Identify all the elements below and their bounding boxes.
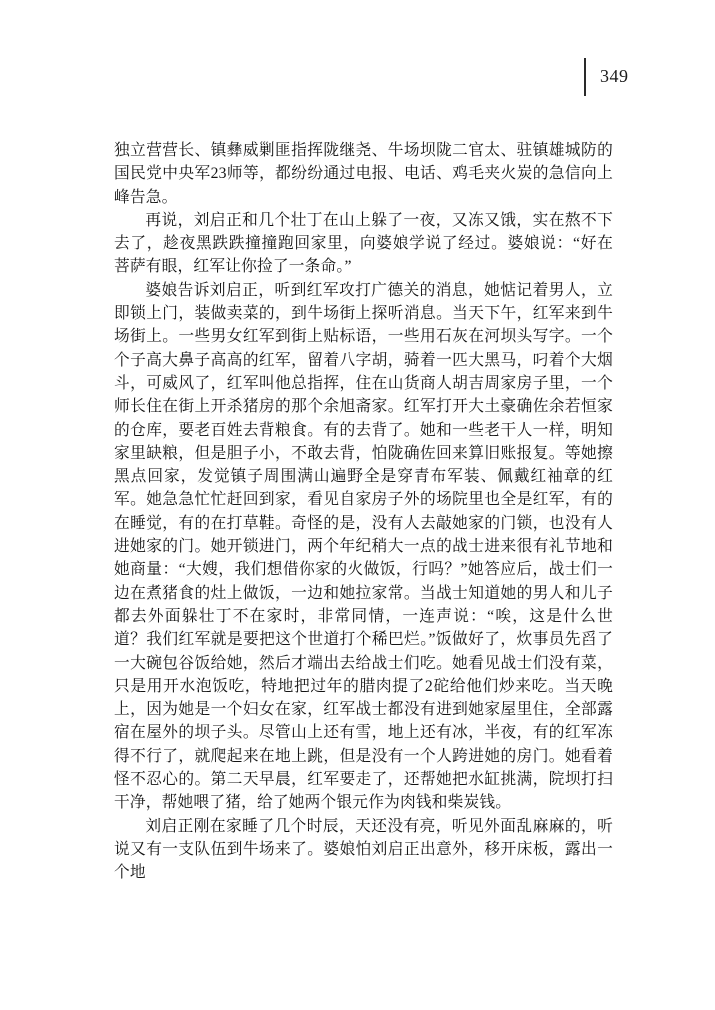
book-page: 349 独立营营长、镇彝威剿匪指挥陇继尧、牛场坝陇二官太、驻镇雄城防的国民党中央… (0, 0, 715, 1010)
paragraph-1: 独立营营长、镇彝威剿匪指挥陇继尧、牛场坝陇二官太、驻镇雄城防的国民党中央军23师… (114, 139, 613, 209)
page-number: 349 (600, 66, 629, 87)
paragraph-2: 再说，刘启正和几个壮丁在山上躲了一夜，又冻又饿，实在熬不下去了，趁夜黑跌跌撞撞跑… (114, 209, 613, 279)
page-number-rule (584, 58, 586, 96)
paragraph-4: 刘启正刚在家睡了几个时辰，天还没有亮，听见外面乱麻麻的，听说又有一支队伍到牛场来… (114, 815, 613, 885)
page-number-block: 349 (584, 57, 629, 97)
page-body-text: 独立营营长、镇彝威剿匪指挥陇继尧、牛场坝陇二官太、驻镇雄城防的国民党中央军23师… (114, 139, 613, 885)
paragraph-3: 婆娘告诉刘启正，听到红军攻打广德关的消息，她惦记着男人，立即锁上门，装做卖菜的，… (114, 279, 613, 815)
